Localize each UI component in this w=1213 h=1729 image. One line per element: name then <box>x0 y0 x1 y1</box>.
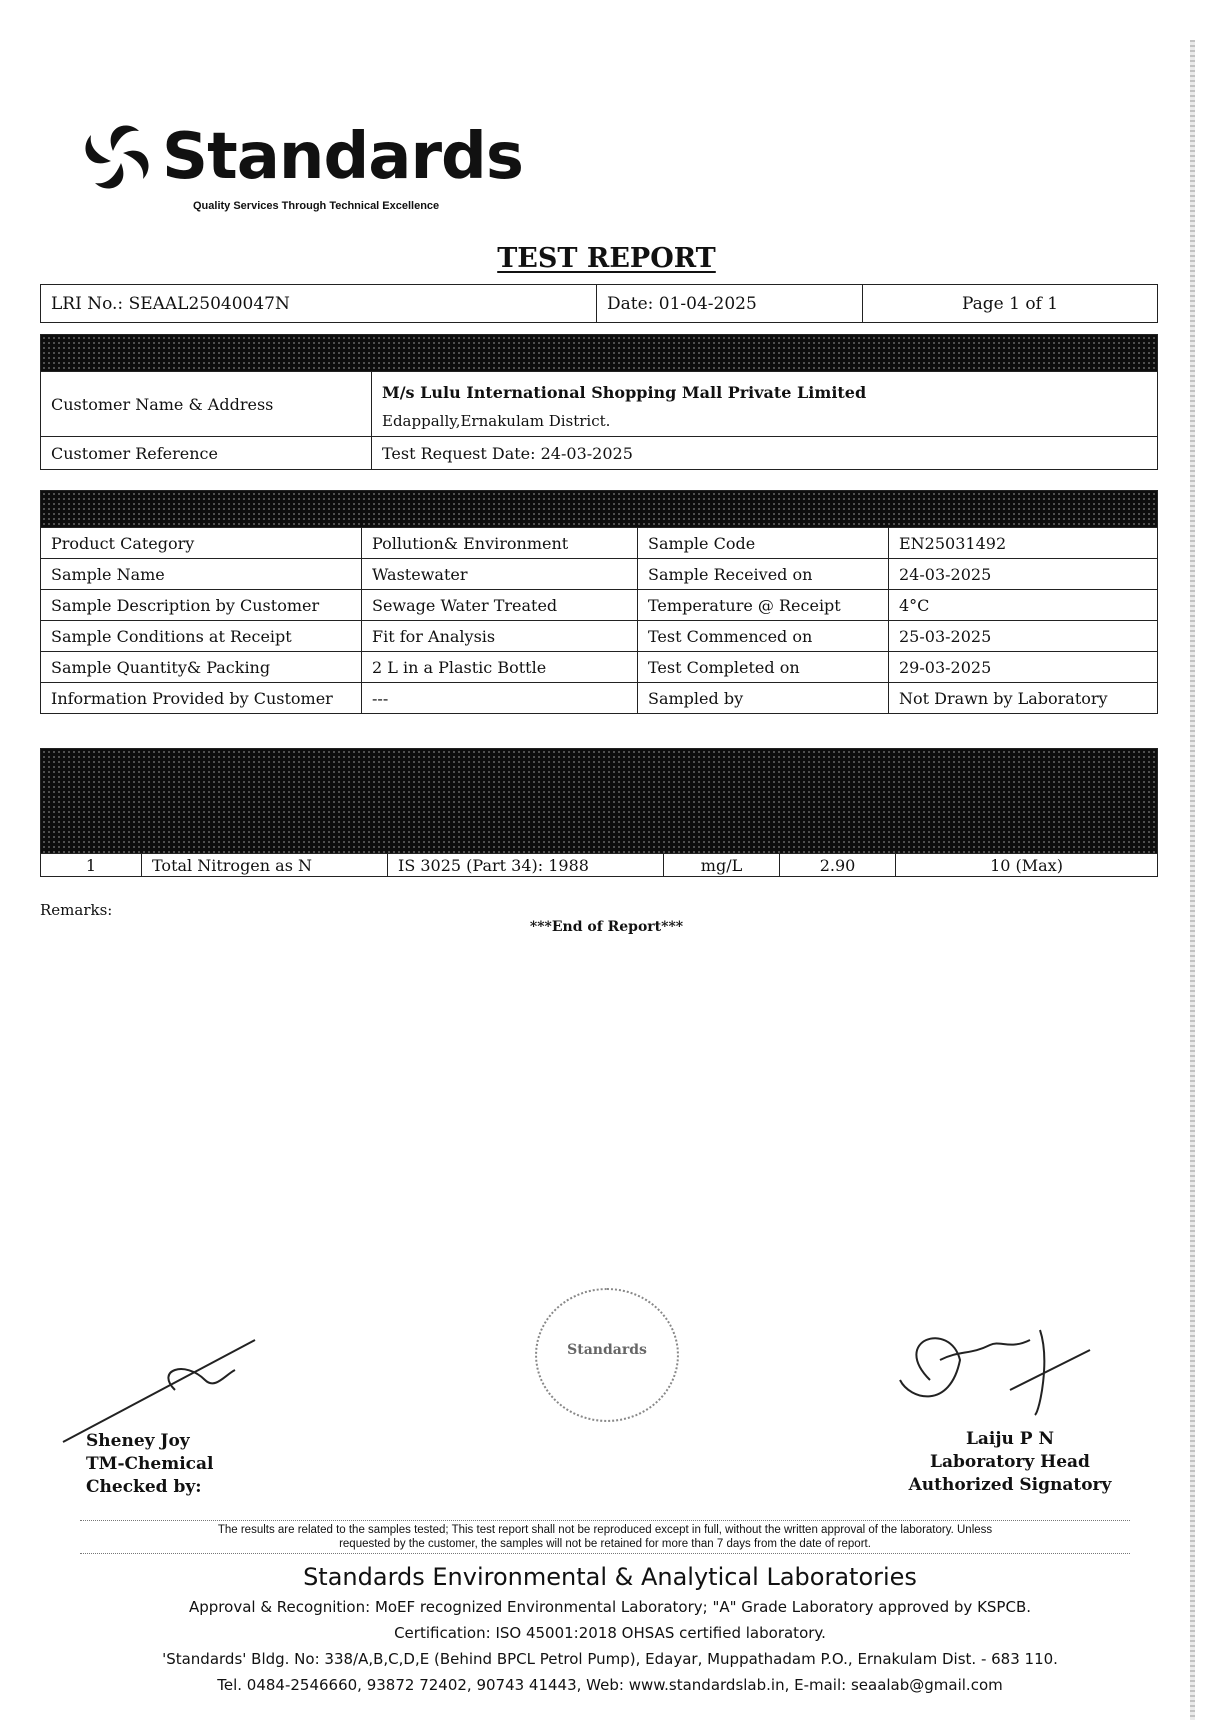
sample-row: Information Provided by Customer---Sampl… <box>41 683 1158 714</box>
customer-table: Customer Name & Address M/s Lulu Interna… <box>40 334 1158 470</box>
sample-value: 25-03-2025 <box>889 621 1158 652</box>
footer-contact: Tel. 0484-2546660, 93872 72402, 90743 41… <box>60 1676 1160 1694</box>
sample-label: Temperature @ Receipt <box>638 590 889 621</box>
checker-role: TM-Chemical <box>86 1453 214 1476</box>
sample-value: 29-03-2025 <box>889 652 1158 683</box>
sample-label: Sample Received on <box>638 559 889 590</box>
sample-value: 24-03-2025 <box>889 559 1158 590</box>
page-indicator: Page 1 of 1 <box>863 285 1158 323</box>
authorizer-caption: Authorized Signatory <box>880 1474 1140 1497</box>
lri-number: SEAAL25040047N <box>129 294 290 314</box>
brand-tagline: Quality Services Through Technical Excel… <box>193 200 523 212</box>
results-header <box>41 749 1158 854</box>
end-of-report: ***End of Report*** <box>0 919 1213 935</box>
report-date: 01-04-2025 <box>659 294 757 314</box>
customer-reference-value: Test Request Date: 24-03-2025 <box>372 437 1158 470</box>
authorizer-name: Laiju P N <box>880 1428 1140 1451</box>
result-row: 1Total Nitrogen as NIS 3025 (Part 34): 1… <box>41 854 1158 877</box>
date-cell: Date: 01-04-2025 <box>597 285 863 323</box>
sample-label: Sample Conditions at Receipt <box>41 621 362 652</box>
sample-section-header <box>41 491 1158 528</box>
page-title: TEST REPORT <box>0 243 1213 274</box>
results-table: 1Total Nitrogen as NIS 3025 (Part 34): 1… <box>40 748 1158 877</box>
sample-value: Pollution& Environment <box>362 528 638 559</box>
sample-row: Sample NameWastewaterSample Received on2… <box>41 559 1158 590</box>
result-sl: 1 <box>41 854 142 877</box>
result-unit: mg/L <box>664 854 780 877</box>
footer-lab-name: Standards Environmental & Analytical Lab… <box>60 1563 1160 1591</box>
sample-details-table: Product CategoryPollution& EnvironmentSa… <box>40 490 1158 714</box>
customer-address: Edappally,Ernakulam District. <box>382 412 1147 430</box>
customer-section-header <box>41 335 1158 372</box>
result-limit: 10 (Max) <box>896 854 1158 877</box>
sample-row: Sample Quantity& Packing2 L in a Plastic… <box>41 652 1158 683</box>
sample-row: Sample Conditions at ReceiptFit for Anal… <box>41 621 1158 652</box>
sample-label: Information Provided by Customer <box>41 683 362 714</box>
sample-label: Sample Code <box>638 528 889 559</box>
sample-label: Sampled by <box>638 683 889 714</box>
sample-row: Sample Description by CustomerSewage Wat… <box>41 590 1158 621</box>
sample-row: Product CategoryPollution& EnvironmentSa… <box>41 528 1158 559</box>
footer-approval: Approval & Recognition: MoEF recognized … <box>60 1598 1160 1616</box>
sample-label: Test Commenced on <box>638 621 889 652</box>
footer-certification: Certification: ISO 45001:2018 OHSAS cert… <box>60 1624 1160 1642</box>
sample-label: Sample Name <box>41 559 362 590</box>
sample-value: Sewage Water Treated <box>362 590 638 621</box>
sample-value: 2 L in a Plastic Bottle <box>362 652 638 683</box>
sample-value: Not Drawn by Laboratory <box>889 683 1158 714</box>
result-result: 2.90 <box>780 854 896 877</box>
sample-value: Wastewater <box>362 559 638 590</box>
brand-name: Standards <box>162 125 523 189</box>
remarks-label: Remarks: <box>40 901 112 919</box>
lab-seal-stamp: Standards <box>535 1288 679 1422</box>
scan-edge <box>1190 40 1195 1720</box>
sample-label: Product Category <box>41 528 362 559</box>
sample-value: 4°C <box>889 590 1158 621</box>
checked-by-signatory: Sheney Joy TM-Chemical Checked by: <box>86 1430 214 1499</box>
sample-label: Sample Description by Customer <box>41 590 362 621</box>
footer-address: 'Standards' Bldg. No: 338/A,B,C,D,E (Beh… <box>60 1650 1160 1668</box>
authorized-signatory: Laiju P N Laboratory Head Authorized Sig… <box>880 1428 1140 1497</box>
company-logo: Standards Quality Services Through Techn… <box>78 118 523 212</box>
checker-caption: Checked by: <box>86 1476 214 1499</box>
lri-cell: LRI No.: SEAAL25040047N <box>41 285 597 323</box>
customer-name-cell: M/s Lulu International Shopping Mall Pri… <box>372 372 1158 437</box>
customer-name: M/s Lulu International Shopping Mall Pri… <box>382 383 1147 402</box>
disclaimer: The results are related to the samples t… <box>80 1520 1130 1554</box>
result-method: IS 3025 (Part 34): 1988 <box>388 854 664 877</box>
sample-value: EN25031492 <box>889 528 1158 559</box>
sample-value: Fit for Analysis <box>362 621 638 652</box>
signature-right-icon <box>890 1320 1110 1430</box>
sample-label: Sample Quantity& Packing <box>41 652 362 683</box>
report-meta-table: LRI No.: SEAAL25040047N Date: 01-04-2025… <box>40 284 1158 323</box>
customer-name-label: Customer Name & Address <box>41 372 372 437</box>
customer-reference-label: Customer Reference <box>41 437 372 470</box>
result-parameter: Total Nitrogen as N <box>142 854 388 877</box>
authorizer-role: Laboratory Head <box>880 1451 1140 1474</box>
sample-value: --- <box>362 683 638 714</box>
sample-label: Test Completed on <box>638 652 889 683</box>
pinwheel-logo-icon <box>78 118 156 196</box>
checker-name: Sheney Joy <box>86 1430 214 1453</box>
